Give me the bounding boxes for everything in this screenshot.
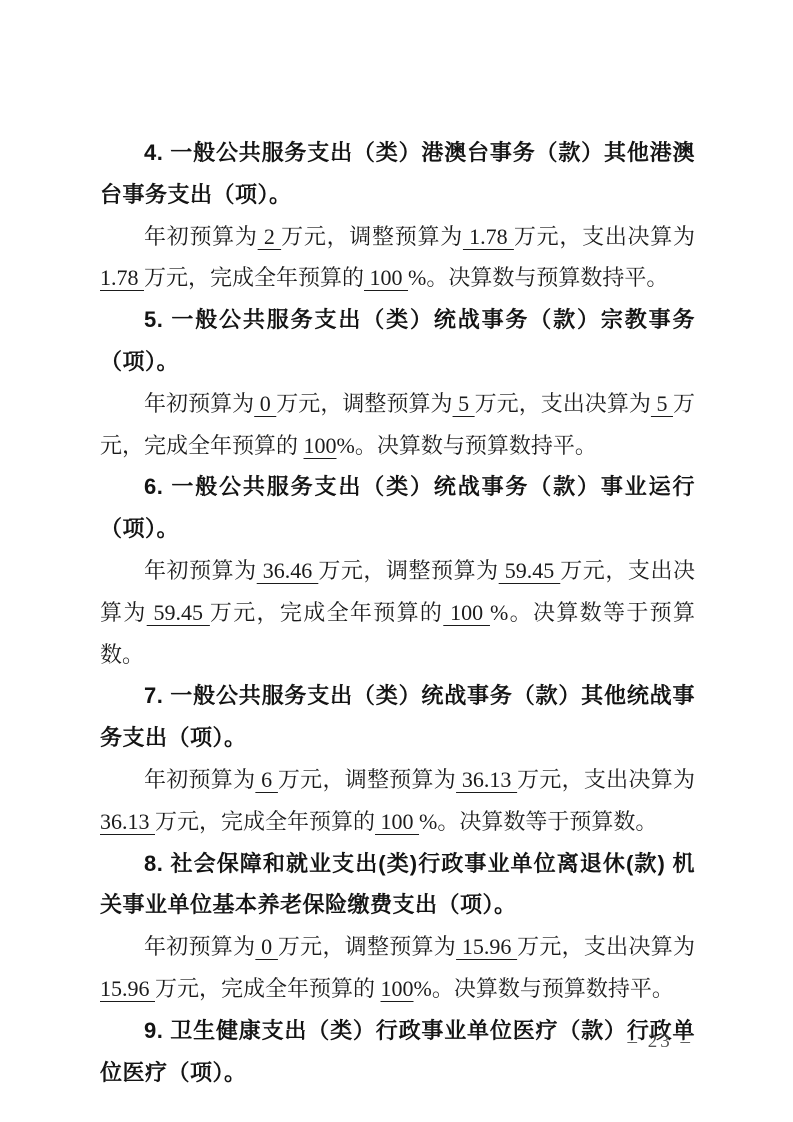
body-text: 万元，完成全年预算的 — [210, 600, 443, 625]
section-heading: 7. 一般公共服务支出（类）统战事务（款）其他统战事务支出（项）。 — [100, 675, 695, 759]
section-body: 年初预算为 2 万元，调整预算为 1.78 万元，支出决算为 1.78 万元，完… — [100, 216, 695, 300]
underlined-value: 59.45 — [147, 600, 210, 625]
budget-section: 6. 一般公共服务支出（类）统战事务（款）事业运行（项）。年初预算为 36.46… — [100, 466, 695, 675]
body-text: 年初预算为 — [144, 558, 257, 583]
underlined-value: 100 — [381, 976, 414, 1001]
section-body: 年初预算为 36.46 万元，调整预算为 59.45 万元，支出决算为 59.4… — [100, 550, 695, 675]
body-text: 万元，调整预算为 — [281, 224, 463, 249]
body-text: %。决算数与预算数持平。 — [414, 976, 674, 1001]
body-text: 万元，完成全年预算的 — [155, 809, 375, 834]
body-text: %。决算数与预算数持平。 — [408, 265, 668, 290]
budget-section: 5. 一般公共服务支出（类）统战事务（款）宗教事务（项）。年初预算为 0 万元，… — [100, 299, 695, 466]
underlined-value: 6 — [255, 767, 278, 792]
body-text: 年初预算为 — [144, 767, 255, 792]
section-heading: 6. 一般公共服务支出（类）统战事务（款）事业运行（项）。 — [100, 466, 695, 550]
body-text: 万元，调整预算为 — [278, 767, 456, 792]
underlined-value: 15.96 — [456, 934, 517, 959]
underlined-value: 5 — [651, 391, 673, 416]
budget-section: 8. 社会保障和就业支出(类)行政事业单位离退休(款) 机关事业单位基本养老保险… — [100, 843, 695, 1010]
body-text: 年初预算为 — [144, 224, 258, 249]
underlined-value: 1.78 — [100, 265, 144, 290]
underlined-value: 36.13 — [100, 809, 155, 834]
underlined-value: 36.13 — [456, 767, 517, 792]
underlined-value: 5 — [453, 391, 475, 416]
section-heading: 8. 社会保障和就业支出(类)行政事业单位离退休(款) 机关事业单位基本养老保险… — [100, 843, 695, 927]
document-page: 4. 一般公共服务支出（类）港澳台事务（款）其他港澳台事务支出（项）。年初预算为… — [0, 0, 793, 1122]
body-text: 万元，调整预算为 — [276, 391, 452, 416]
section-heading: 9. 卫生健康支出（类）行政事业单位医疗（款）行政单位医疗（项）。 — [100, 1010, 695, 1094]
body-text: 万元，调整预算为 — [318, 558, 498, 583]
underlined-value: 0 — [254, 391, 276, 416]
budget-section: 7. 一般公共服务支出（类）统战事务（款）其他统战事务支出（项）。年初预算为 6… — [100, 675, 695, 842]
section-body: 年初预算为 0 万元，调整预算为 15.96 万元，支出决算为 15.96 万元… — [100, 926, 695, 1010]
body-text: %。决算数等于预算数。 — [419, 809, 657, 834]
document-sections: 4. 一般公共服务支出（类）港澳台事务（款）其他港澳台事务支出（项）。年初预算为… — [100, 132, 695, 1093]
section-body: 年初预算为 6 万元，调整预算为 36.13 万元，支出决算为 36.13 万元… — [100, 759, 695, 843]
underlined-value: 100 — [304, 433, 337, 458]
budget-section: 4. 一般公共服务支出（类）港澳台事务（款）其他港澳台事务支出（项）。年初预算为… — [100, 132, 695, 299]
body-text: 万元，支出决算为 — [517, 767, 695, 792]
body-text: 年初预算为 — [144, 934, 255, 959]
body-text: 年初预算为 — [144, 391, 254, 416]
underlined-value: 1.78 — [463, 224, 514, 249]
underlined-value: 100 — [364, 265, 408, 290]
underlined-value: 59.45 — [499, 558, 561, 583]
body-text: 万元，支出决算为 — [517, 934, 695, 959]
page-number: – 23 – — [628, 1031, 694, 1053]
section-heading: 5. 一般公共服务支出（类）统战事务（款）宗教事务（项）。 — [100, 299, 695, 383]
body-text: 万元，调整预算为 — [278, 934, 456, 959]
section-body: 年初预算为 0 万元，调整预算为 5 万元，支出决算为 5 万元，完成全年预算的… — [100, 383, 695, 467]
underlined-value: 2 — [258, 224, 281, 249]
underlined-value: 36.46 — [257, 558, 319, 583]
underlined-value: 0 — [255, 934, 278, 959]
underlined-value: 100 — [443, 600, 490, 625]
body-text: %。决算数与预算数持平。 — [337, 433, 597, 458]
body-text: 万元，支出决算为 — [475, 391, 651, 416]
body-text: 万元，完成全年预算的 — [144, 265, 364, 290]
budget-section: 9. 卫生健康支出（类）行政事业单位医疗（款）行政单位医疗（项）。 — [100, 1010, 695, 1094]
underlined-value: 15.96 — [100, 976, 155, 1001]
underlined-value: 100 — [375, 809, 419, 834]
body-text: 万元，支出决算为 — [514, 224, 695, 249]
body-text: 万元，完成全年预算的 — [155, 976, 381, 1001]
section-heading: 4. 一般公共服务支出（类）港澳台事务（款）其他港澳台事务支出（项）。 — [100, 132, 695, 216]
